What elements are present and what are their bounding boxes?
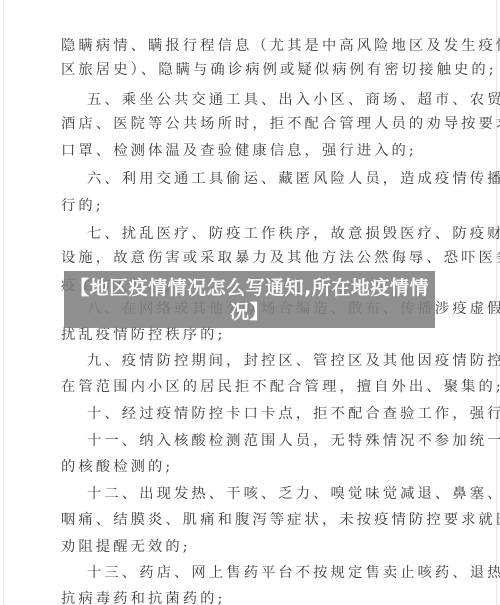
document-line: 十一、纳入核酸检测范围人员，无特殊情况不参加统一组织: [87, 432, 439, 450]
document-line: 六、利用交通工具偷运、藏匿风险人员，造成疫情传播或流: [87, 170, 439, 188]
document-line: 抗病毒药和抗菌药的;: [61, 590, 439, 605]
document-line: 五、乘坐公共交通工具、出入小区、商场、超市、农贸市场、: [87, 91, 439, 109]
document-line: 设施，故意伤害或采取暴力及其他方法公然侮辱、恐吓医务、防: [61, 249, 439, 267]
document-line: 酒店、医院等公共场所时，拒不配合管理人员的劝导按要求佩戴: [61, 115, 439, 133]
title-banner-overlay: 【地区疫情情况怎么写通知,所在地疫情情况】: [64, 271, 435, 328]
banner-title: 【地区疫情情况怎么写通知,所在地疫情情况】: [70, 276, 430, 324]
document-line: 在管范围内小区的居民拒不配合管理，擅自外出、聚集的;: [61, 378, 439, 396]
document-line: 十、经过疫情防控卡口卡点，拒不配合查验工作，强行通过的;: [87, 405, 439, 423]
document-line: 行的;: [61, 197, 439, 215]
document-line: 十二、出现发热、干咳、乏力、嗅觉味觉减退、鼻塞、流涕、: [87, 485, 439, 503]
document-line: 十三、药店、网上售药平台不按规定售卖止咳药、退热药、: [87, 564, 439, 582]
document-line: 区旅居史）、隐瞒与确诊病例或疑似病例有密切接触史的;: [61, 61, 439, 79]
document-line: 口罩、检测体温及查验健康信息，强行进入的;: [61, 142, 439, 160]
document-page: 隐瞒病情、瞒报行程信息（尤其是中高风险地区及发生疫情的地区旅居史）、隐瞒与确诊病…: [0, 0, 500, 605]
page-edge-left: [3, 0, 4, 605]
document-line: 七、扰乱医疗、防疫工作秩序，故意损毁医疗、防疫财产及: [87, 225, 439, 243]
document-line: 扰乱疫情防控秩序的;: [61, 326, 439, 344]
document-line: 九、疫情防控期间，封控区、管控区及其他因疫情防控工作: [87, 352, 439, 370]
document-line: 的核酸检测的;: [61, 458, 439, 476]
document-line: 隐瞒病情、瞒报行程信息（尤其是中高风险地区及发生疫情的地: [61, 37, 439, 55]
document-line: 劝阻提醒无效的;: [61, 538, 439, 556]
document-line: 咽痛、结膜炎、肌痛和腹泻等症状，未按疫情防控要求就医，经: [61, 511, 439, 529]
